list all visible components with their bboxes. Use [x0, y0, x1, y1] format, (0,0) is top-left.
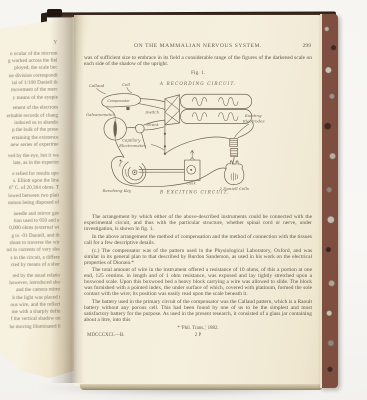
running-header: ON THE MAMMALIAN NERVOUS SYSTEM. — [83, 43, 313, 49]
book-spine-corner — [47, 9, 62, 17]
body-paragraph: The total amount of wire in the instrume… — [84, 267, 312, 297]
label-compensator: Compensator — [107, 99, 130, 103]
label-recording-circuit: A RECORDING CIRCUIT. — [159, 82, 236, 87]
label-callaud: Callaud — [89, 83, 105, 88]
label-exciting: Exciting — [244, 113, 262, 118]
page-content: ON THE MAMMALIAN NERVOUS SYSTEM. 299 was… — [83, 43, 313, 342]
body-paragraph: In the above arrangement the method of c… — [84, 234, 312, 246]
sweep-wire — [165, 137, 230, 154]
revolving-key-symbol: Revolving Key — [102, 160, 146, 194]
label-exciting-circuit: B EXCITING CIRCUIT. — [159, 191, 229, 196]
label-shunt: Shunt — [146, 122, 158, 127]
label-cell: Cell — [122, 82, 131, 87]
footnote: * 'Phil. Trans.,' 1882. — [83, 326, 313, 331]
page-number: 299 — [303, 43, 311, 49]
page-block-bottom-edges — [80, 384, 323, 390]
induction-coils — [181, 94, 252, 123]
body-paragraph: (c.) The compensator was of the pattern … — [84, 248, 312, 266]
signature-row: MDCCCXCI.—B. 2 P — [83, 333, 313, 342]
marbled-board-fore-edge — [320, 14, 338, 388]
signature-mark: MDCCCXCI.—B. — [87, 333, 125, 338]
label-electrometer: Electrometer — [118, 143, 147, 148]
book-photo: Ye ocular of the micromg worked across t… — [0, 0, 367, 400]
right-page: ON THE MAMMALIAN NERVOUS SYSTEM. 299 was… — [74, 15, 322, 386]
figure-1-diagram: A RECORDING CIRCUIT. Callaud Cell Compen… — [83, 78, 317, 209]
left-page: Ye ocular of the micromg worked across t… — [0, 16, 80, 380]
label-revolving-key: Revolving Key — [102, 188, 132, 193]
compensator-symbol: Compensator — [102, 94, 141, 110]
gathering-mark: 2 P — [195, 333, 202, 338]
label-switch: Switch — [145, 109, 159, 114]
label-electrodes: Electrodes — [242, 119, 265, 124]
left-page-line: mmon being disposed of — [0, 199, 59, 207]
callaud-cell-labels: Callaud Cell — [89, 82, 132, 94]
intro-paragraph: was of sufficient size to embrace in its… — [84, 55, 312, 67]
header-row: ON THE MAMMALIAN NERVOUS SYSTEM. 299 — [83, 43, 313, 52]
clock-box: Clock — [184, 150, 200, 185]
label-capillary: Capillary — [122, 138, 141, 143]
body-paragraph: The battery used in the primary circuit … — [84, 299, 312, 323]
compensator-contact-block — [126, 107, 129, 110]
left-page-line: he moving illuminated li — [0, 323, 61, 331]
wire — [140, 99, 165, 102]
capillary-electrometer-label: Capillary Electrometer — [118, 138, 164, 150]
daniell-cell-symbol: 2 Daniell Cells — [218, 161, 248, 191]
left-page-text-fragments: Ye ocular of the micromg worked across t… — [0, 40, 61, 332]
body-paragraphs: The arrangement by which either of the a… — [83, 214, 313, 323]
body-paragraph: The arrangement by which either of the a… — [84, 214, 312, 232]
figure-1: A RECORDING CIRCUIT. Callaud Cell Compen… — [83, 78, 317, 214]
galvanometer-symbol: Galvanometer — [86, 112, 126, 140]
label-galvanometer: Galvanometer — [86, 112, 116, 117]
figure-caption: Fig. 1. — [83, 70, 313, 76]
